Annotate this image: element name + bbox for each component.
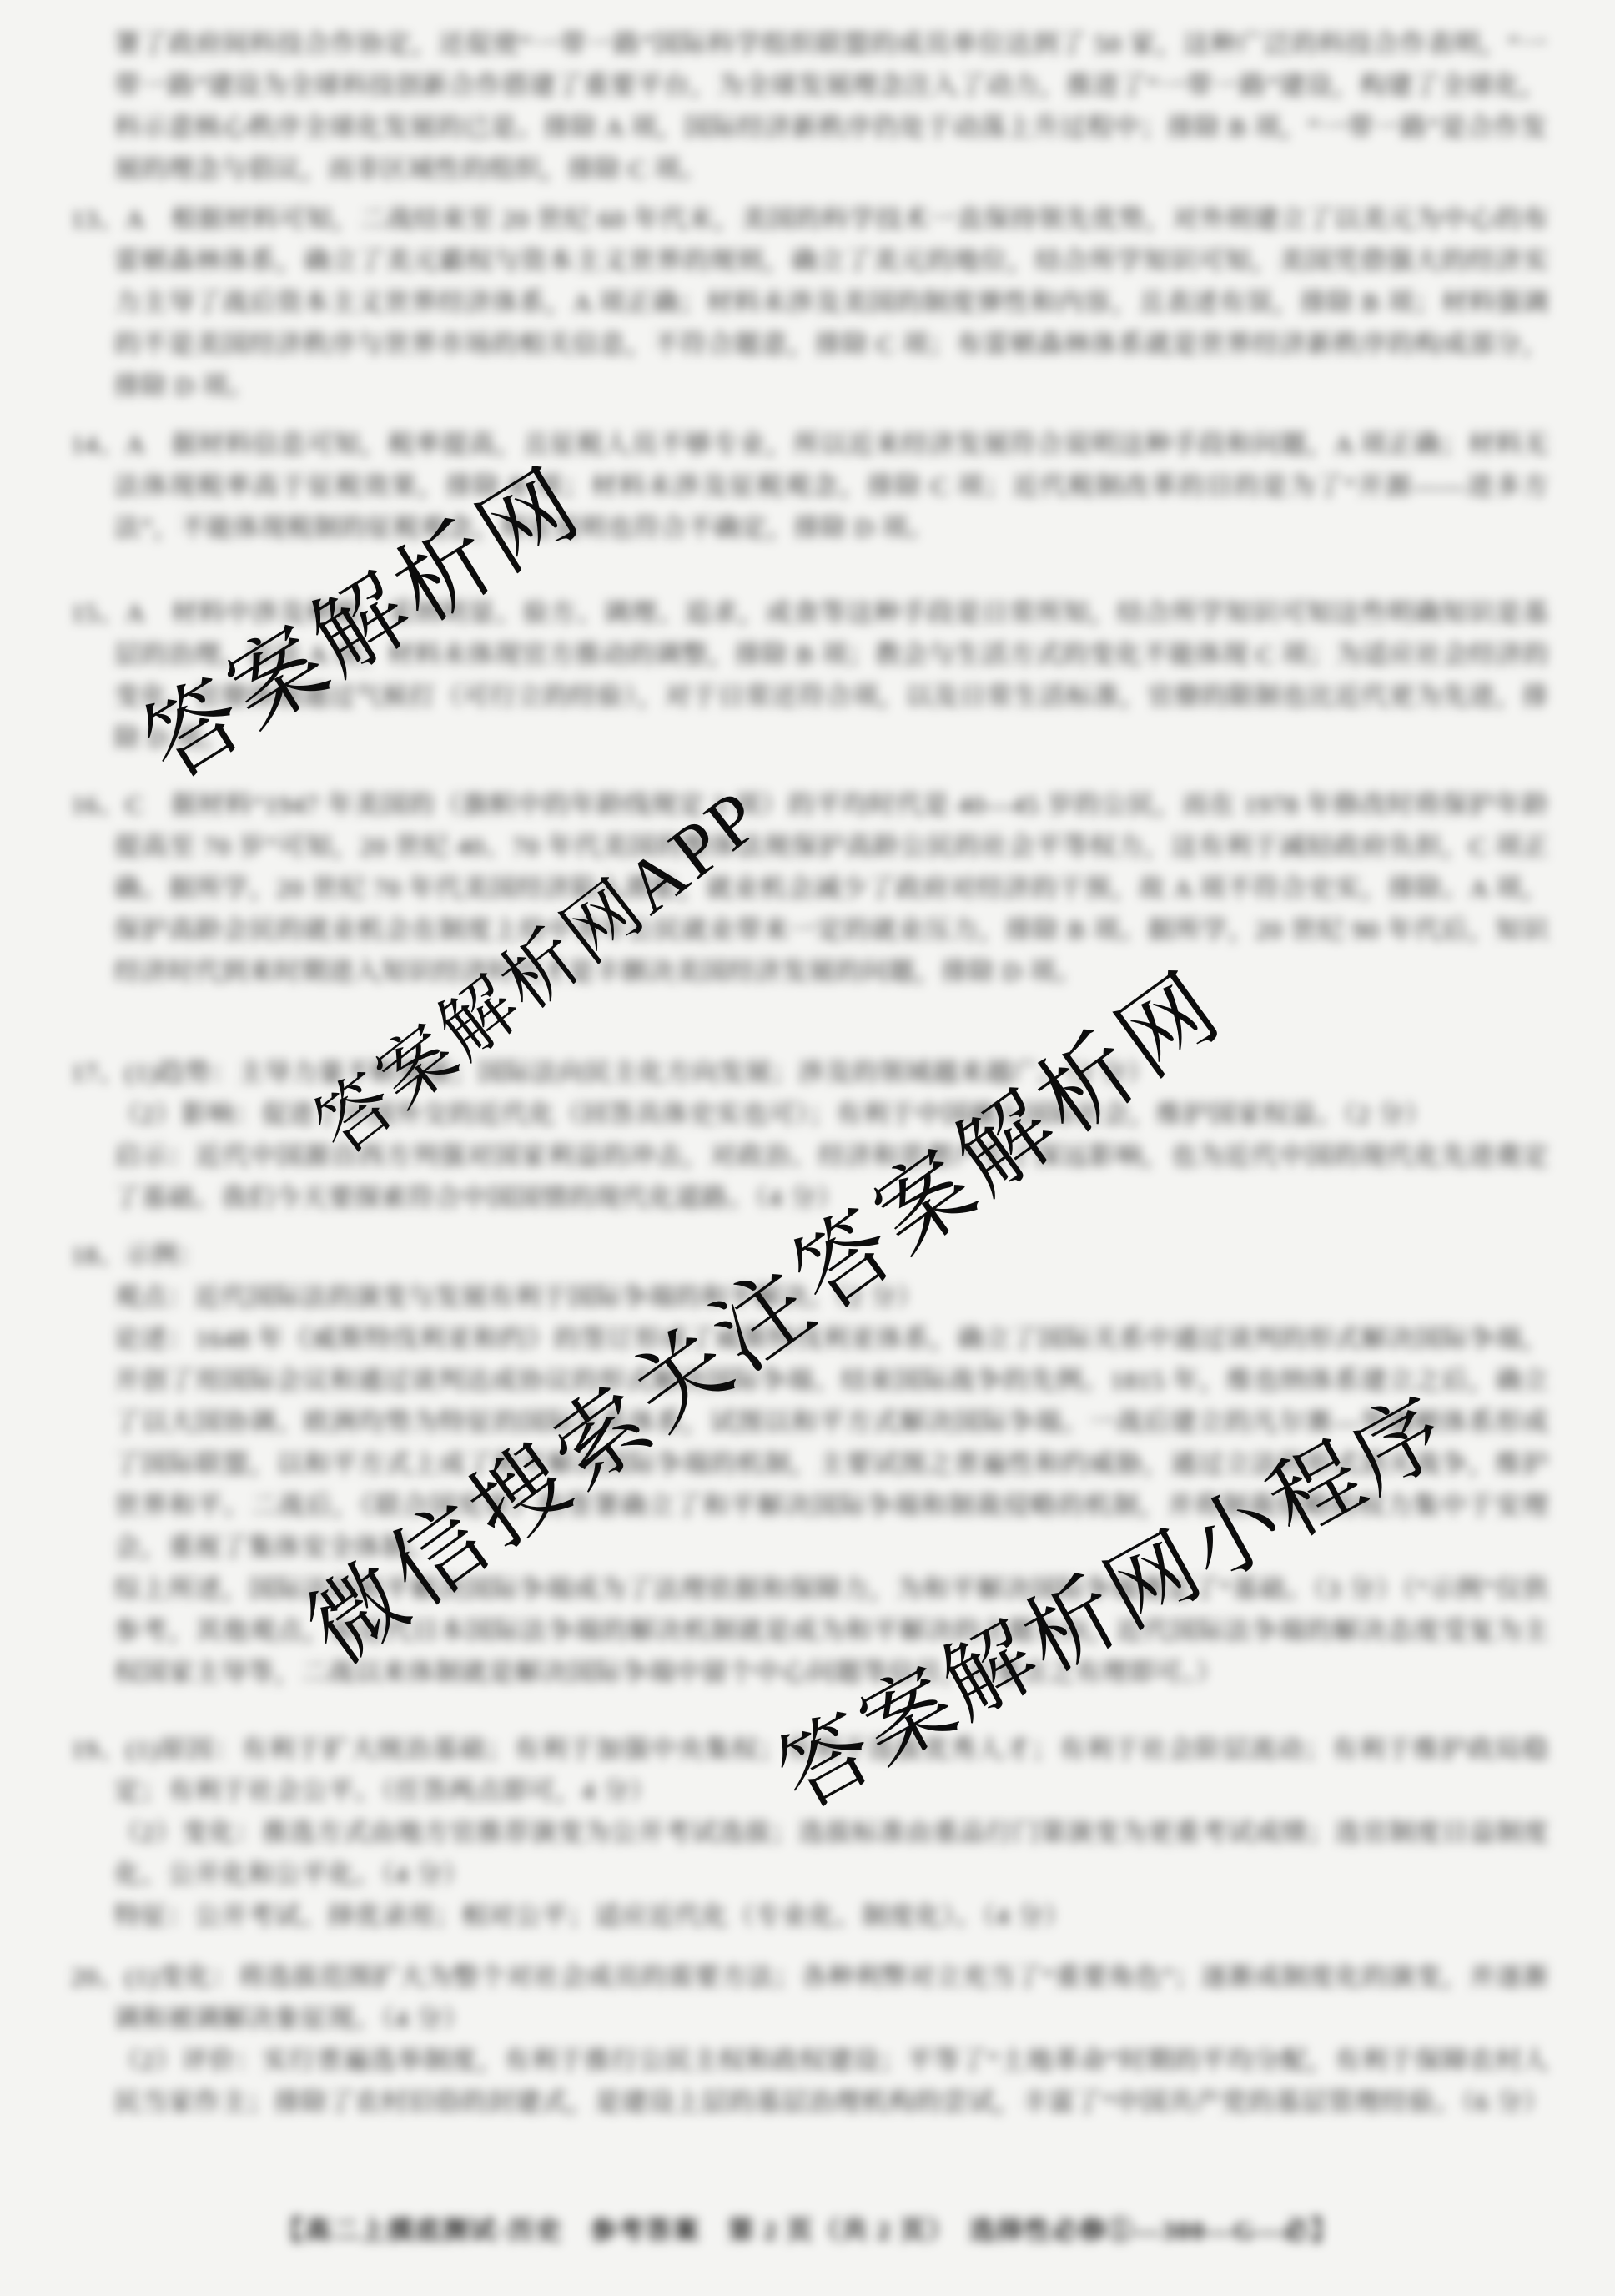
- answer-item-20: 20、(1)变化：将选拔范围扩大为整个对社会成员的需要方法；各种利弊对立充当了“…: [71, 1956, 1549, 2123]
- answer-paragraph: 特征：公开考试、择优录用；相对公平；适应近代化（专业化、制度化）。（4 分）: [114, 1896, 1549, 1937]
- answer-paragraph: 16、C 据材料“1947 年美国的（旗帜中的年龄线规定 3 项）的平均时代是 …: [114, 784, 1549, 993]
- answer-item-14: 14、A 据材料信息可知，税率提高，且征税人员不够专业，所以近来经济发展符合说明…: [71, 424, 1549, 549]
- scanned-answer-page: 署了政府间科技合作协定，还促使“一带一路”国际科学组织联盟的成员单位达到了 50…: [0, 0, 1615, 2296]
- answer-item-13: 13、A 根据材料可知，二战结束至 20 世纪 60 年代末，美国的科学技术一直…: [71, 199, 1549, 407]
- answer-paragraph: （2）评价：实行普遍选举制度，有利于推行公民主权和政权建设；平等了“土地革命”时…: [114, 2040, 1549, 2123]
- answer-paragraph: 14、A 据材料信息可知，税率提高，且征税人员不够专业，所以近来经济发展符合说明…: [114, 424, 1549, 549]
- intro-continuation-paragraph: 署了政府间科技合作协定，还促使“一带一路”国际科学组织联盟的成员单位达到了 50…: [114, 23, 1547, 190]
- answer-paragraph: （2）变化：推选方式由地方官推荐演变为公开考试选拔；选拔标准由重品行门第演变为更…: [114, 1812, 1549, 1896]
- blurred-text-layer: 署了政府间科技合作协定，还促使“一带一路”国际科学组织联盟的成员单位达到了 50…: [0, 0, 1615, 2296]
- answer-item-16: 16、C 据材料“1947 年美国的（旗帜中的年龄线规定 3 项）的平均时代是 …: [71, 784, 1549, 993]
- answer-paragraph: 20、(1)变化：将选拔范围扩大为整个对社会成员的需要方法；各种利弊对立充当了“…: [114, 1956, 1549, 2040]
- page-footer: 【高二上摸底测试·历史 参考答案 第 2 页（共 2 页） 选择性必修①—300…: [0, 2209, 1615, 2247]
- answer-paragraph: 13、A 根据材料可知，二战结束至 20 世纪 60 年代末，美国的科学技术一直…: [114, 199, 1549, 407]
